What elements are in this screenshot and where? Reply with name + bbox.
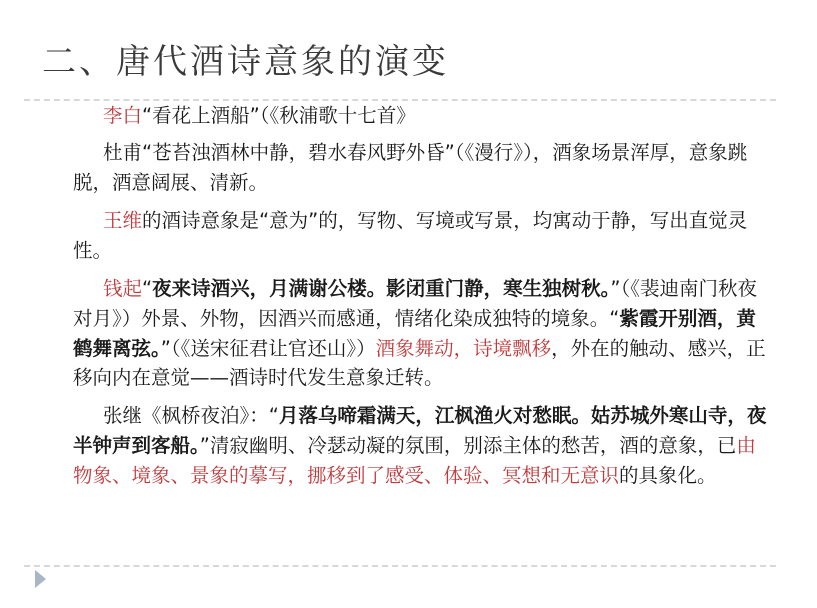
bullet-icon: · xyxy=(95,102,103,132)
play-triangle-icon[interactable] xyxy=(35,570,46,588)
poet-name-li-bai: 李白 xyxy=(103,104,142,127)
quote-text: “看花上酒船”（《秋浦歌十七首》 xyxy=(142,104,416,127)
paragraph-text: 杜甫“苍苔浊酒林中静，碧水春风野外昏”（《漫行》），酒象场景浑厚，意象跳脱，酒意… xyxy=(73,141,747,195)
paragraph-zhang-ji: ·张继《枫桥夜泊》：“月落乌啼霜满天，江枫渔火对愁眠。姑苏城外寒山寺，夜半钟声到… xyxy=(73,401,771,491)
poem-quote-1: 夜来诗酒兴，月满谢公楼。影闭重门静，寒生独树秋。 xyxy=(152,277,610,300)
footer-divider xyxy=(24,565,776,567)
paragraph-li-bai: ·李白“看花上酒船”（《秋浦歌十七首》 xyxy=(73,101,771,132)
paragraph-text: ”（《送宋征君让官还山》） xyxy=(161,337,376,360)
paragraph-text: 的具象化。 xyxy=(619,464,717,487)
poet-name-qian-qi: 钱起 xyxy=(103,277,142,300)
poet-name-wang-wei: 王维 xyxy=(103,209,142,232)
highlight-text: 酒象舞动，诗境飘移 xyxy=(376,337,552,360)
paragraph-wang-wei: ·王维的酒诗意象是“意为”的，写物、写境或写景，均寓动于静，写出直觉灵性。 xyxy=(73,206,771,266)
paragraph-text: 的酒诗意象是“意为”的，写物、写境或写景，均寓动于静，写出直觉灵性。 xyxy=(73,209,747,263)
slide-body: ·李白“看花上酒船”（《秋浦歌十七首》 ·杜甫“苍苔浊酒林中静，碧水春风野外昏”… xyxy=(73,101,771,498)
paragraph-du-fu: ·杜甫“苍苔浊酒林中静，碧水春风野外昏”（《漫行》），酒象场景浑厚，意象跳脱，酒… xyxy=(73,138,771,198)
paragraph-qian-qi: ·钱起“夜来诗酒兴，月满谢公楼。影闭重门静，寒生独树秋。”（《裴迪南门秋夜对月》… xyxy=(73,274,771,393)
bullet-icon: · xyxy=(95,207,103,237)
bullet-icon: · xyxy=(95,275,103,305)
paragraph-text: 张继《枫桥夜泊》：“ xyxy=(103,404,279,427)
quote-open: “ xyxy=(142,277,152,300)
bullet-icon: · xyxy=(95,402,103,432)
paragraph-text: ”清寂幽明、冷瑟动凝的氛围，别添主体的愁苦，酒的意象，已 xyxy=(200,434,737,457)
bullet-icon: · xyxy=(95,139,103,169)
slide-title: 二、唐代酒诗意象的演变 xyxy=(42,34,449,83)
